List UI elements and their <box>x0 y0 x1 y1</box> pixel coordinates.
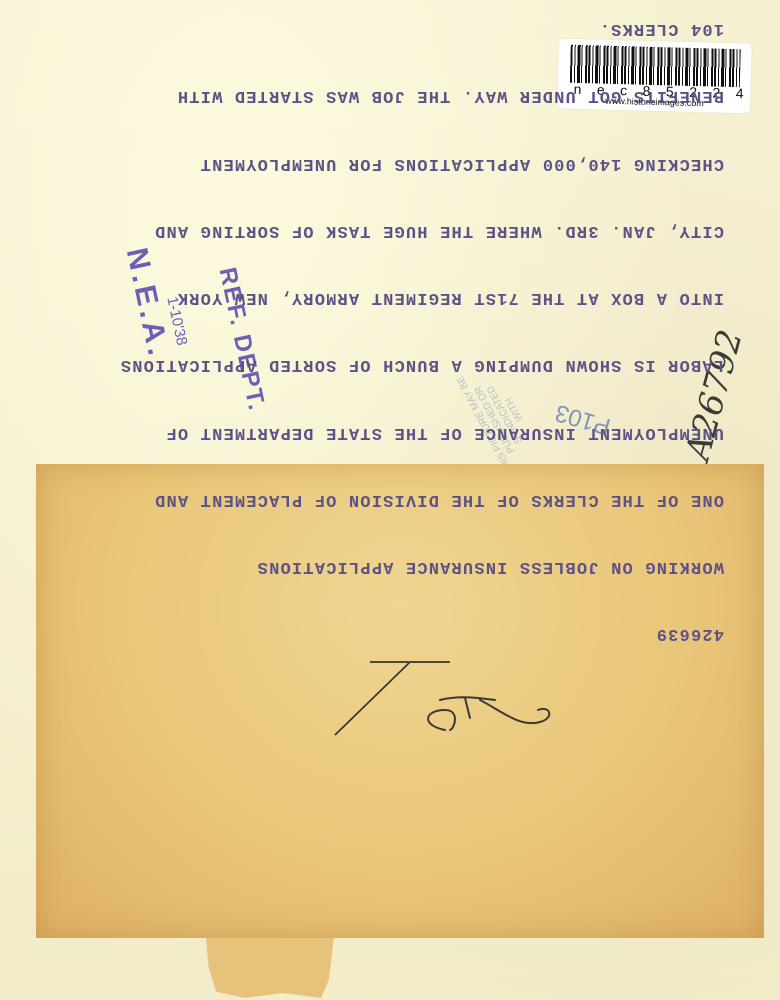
caption-line: INTO A BOX AT THE 71ST REGIMENT ARMORY, … <box>120 286 724 308</box>
handwritten-initials <box>420 690 560 735</box>
caption-line: 104 CLERKS. <box>120 17 724 39</box>
caption-line: UNEMPLOYMENT INSURANCE OF THE STATE DEPA… <box>120 420 724 442</box>
caption-lines: 426639 WORKING ON JOBLESS INSURANCE APPL… <box>120 0 724 689</box>
caption-line: BENEFITS GOT UNDER WAY. THE JOB WAS STAR… <box>120 84 724 106</box>
caption-id: 426639 <box>120 622 724 644</box>
caption-slip-tab <box>206 936 334 998</box>
caption-headline: WORKING ON JOBLESS INSURANCE APPLICATION… <box>120 555 724 577</box>
caption-line: CHECKING 140,000 APPLICATIONS FOR UNEMPL… <box>120 151 724 173</box>
barcode-char: 4 <box>736 85 744 101</box>
caption-line: CITY, JAN. 3RD. WHERE THE HUGE TASK OF S… <box>120 218 724 240</box>
caption-line: ONE OF THE CLERKS OF THE DIVISION OF PLA… <box>120 487 724 509</box>
caption-line: LABOR IS SHOWN DUMPING A BUNCH OF SORTED… <box>120 353 724 375</box>
